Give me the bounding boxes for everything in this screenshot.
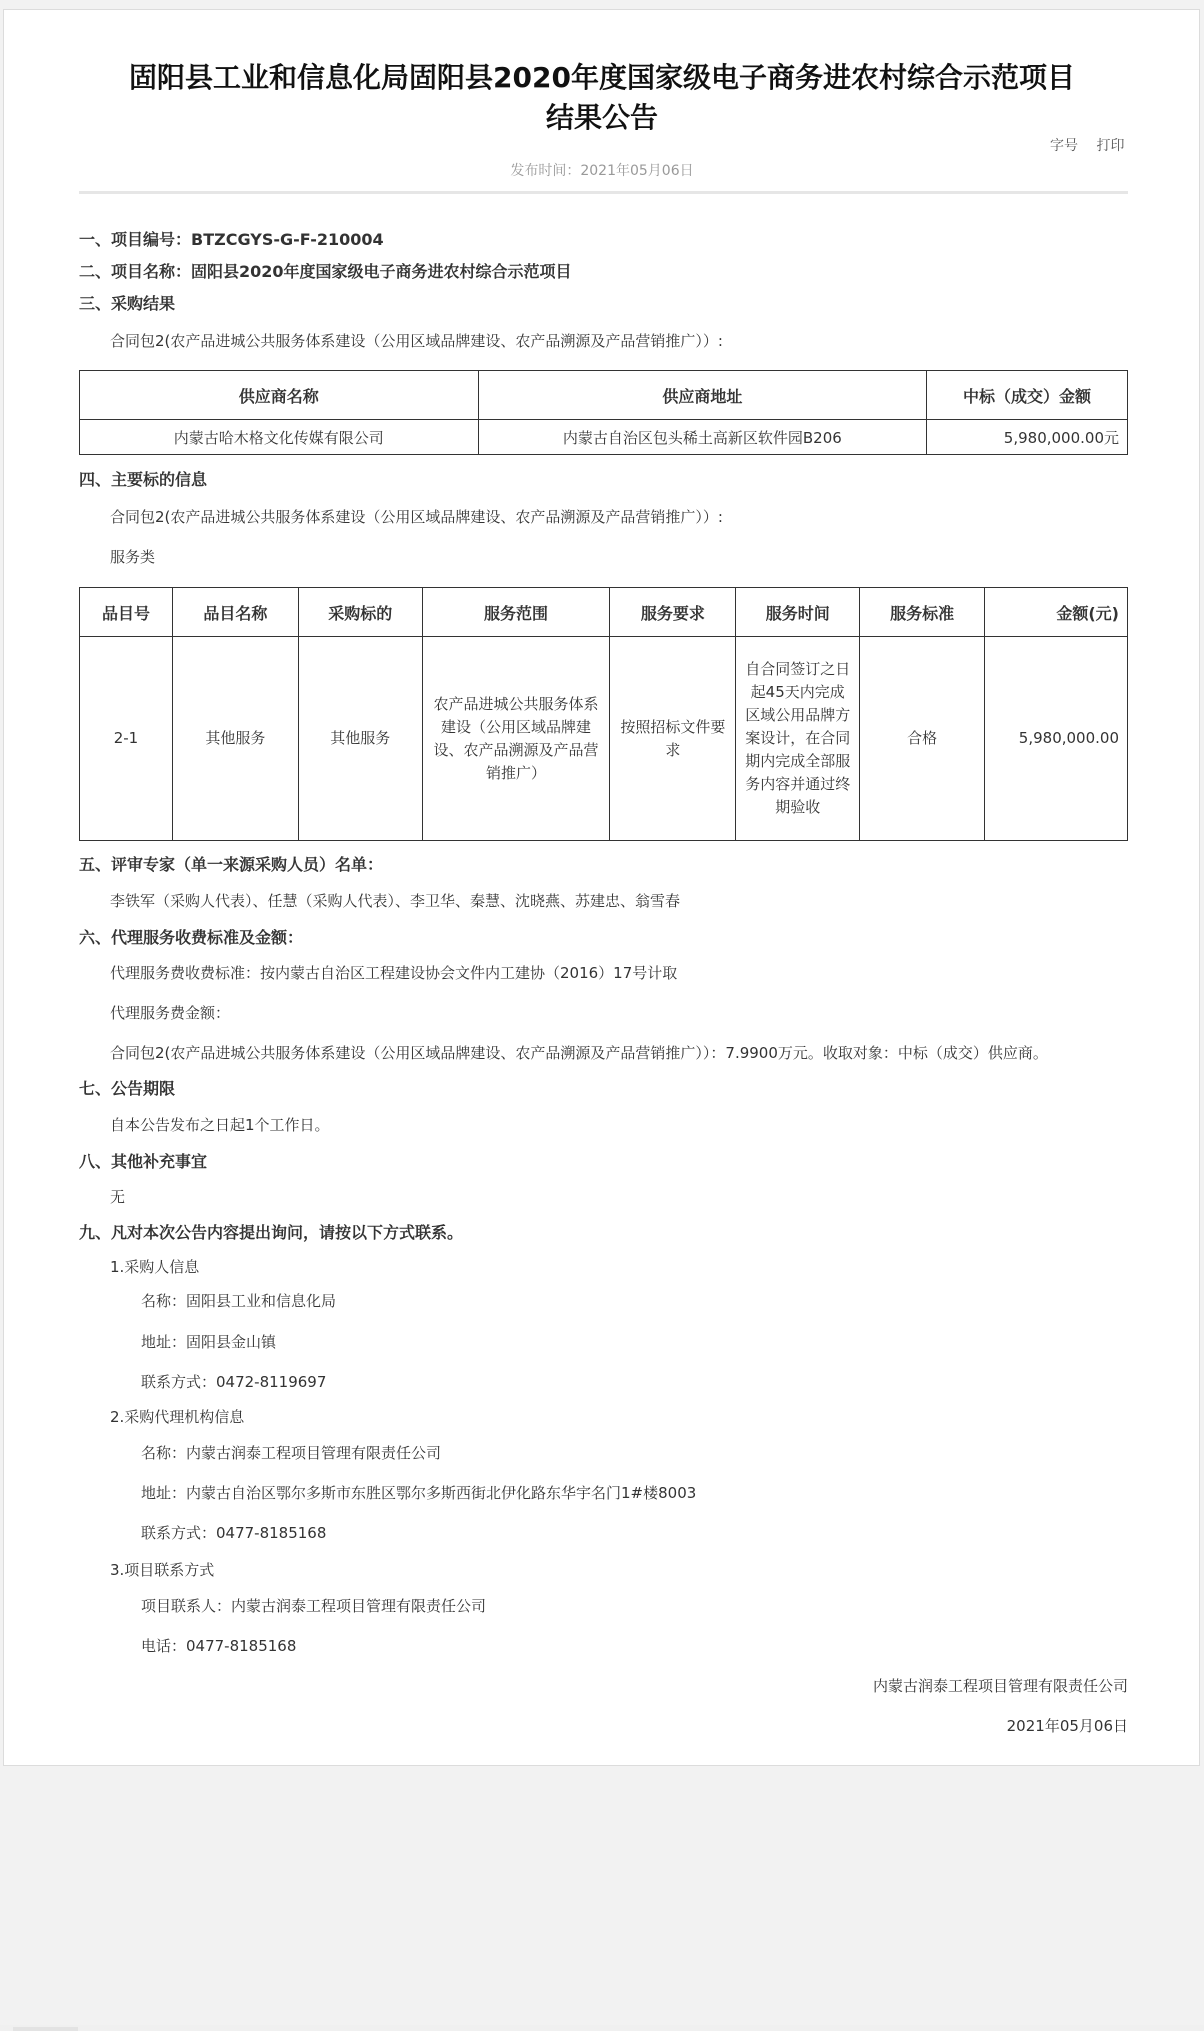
buyer-info-title: 1.采购人信息 — [110, 1256, 199, 1278]
section-procurement-result: 三、采购结果 — [79, 293, 175, 315]
project-contact-phone: 电话：0477-8185168 — [141, 1635, 296, 1657]
cell-supplier-name: 内蒙古哈木格文化传媒有限公司 — [80, 420, 479, 455]
divider — [79, 191, 1128, 194]
agency-contact: 联系方式：0477-8185168 — [141, 1522, 326, 1544]
agency-fee-amount: 合同包2(农产品进城公共服务体系建设（公用区域品牌建设、农产品溯源及产品营销推广… — [110, 1042, 1048, 1064]
header-service-time: 服务时间 — [736, 588, 860, 637]
subject-package-label: 合同包2(农产品进城公共服务体系建设（公用区域品牌建设、农产品溯源及产品营销推广… — [110, 506, 723, 528]
footer-company: 内蒙古润泰工程项目管理有限责任公司 — [873, 1675, 1128, 1697]
cell-service-standard: 合格 — [860, 637, 985, 841]
title-line-2: 结果公告 — [0, 98, 1204, 138]
horizontal-scrollbar[interactable] — [0, 2025, 1204, 2031]
section-agency-fee: 六、代理服务收费标准及金额： — [79, 927, 303, 949]
agency-fee-amount-label: 代理服务费金额： — [110, 1002, 230, 1024]
cell-subject: 其他服务 — [298, 637, 422, 841]
title-line-1: 固阳县工业和信息化局固阳县2020年度国家级电子商务进农村综合示范项目 — [0, 58, 1204, 98]
footer-date: 2021年05月06日 — [1007, 1715, 1128, 1737]
table-row: 2-1 其他服务 其他服务 农产品进城公共服务体系建设（公用区域品牌建设、农产品… — [80, 637, 1128, 841]
result-table: 供应商名称 供应商地址 中标（成交）金额 内蒙古哈木格文化传媒有限公司 内蒙古自… — [79, 370, 1128, 455]
header-item-no: 品目号 — [80, 588, 173, 637]
item-table: 品目号 品目名称 采购标的 服务范围 服务要求 服务时间 服务标准 金额(元) … — [79, 587, 1128, 841]
other-matters-text: 无 — [110, 1186, 125, 1208]
cell-award-amount: 5,980,000.00元 — [927, 420, 1128, 455]
section-project-name: 二、项目名称：固阳县2020年度国家级电子商务进农村综合示范项目 — [79, 261, 572, 283]
agency-info-title: 2.采购代理机构信息 — [110, 1406, 244, 1428]
agency-fee-standard: 代理服务费收费标准：按内蒙古自治区工程建设协会文件内工建协（2016）17号计取 — [110, 962, 677, 984]
section-experts: 五、评审专家（单一来源采购人员）名单： — [79, 854, 383, 876]
section-notice-period: 七、公告期限 — [79, 1078, 175, 1100]
header-service-scope: 服务范围 — [422, 588, 610, 637]
agency-address: 地址：内蒙古自治区鄂尔多斯市东胜区鄂尔多斯西街北伊化路东华宇名门1#楼8003 — [141, 1482, 696, 1504]
cell-item-name: 其他服务 — [172, 637, 298, 841]
project-contact-title: 3.项目联系方式 — [110, 1559, 214, 1581]
scrollbar-thumb[interactable] — [13, 2027, 78, 2031]
section-other-matters: 八、其他补充事宜 — [79, 1151, 207, 1173]
cell-item-no: 2-1 — [80, 637, 173, 841]
header-service-requirement: 服务要求 — [610, 588, 736, 637]
font-size-button[interactable]: 字号 — [1050, 138, 1078, 154]
header-service-standard: 服务标准 — [860, 588, 985, 637]
buyer-name: 名称：固阳县工业和信息化局 — [141, 1290, 336, 1312]
toolbar: 字号 打印 — [1050, 135, 1138, 155]
header-supplier-name: 供应商名称 — [80, 371, 479, 420]
header-amount: 金额(元) — [985, 588, 1128, 637]
notice-period-text: 自本公告发布之日起1个工作日。 — [110, 1114, 330, 1136]
table-header-row: 供应商名称 供应商地址 中标（成交）金额 — [80, 371, 1128, 420]
header-award-amount: 中标（成交）金额 — [927, 371, 1128, 420]
header-supplier-address: 供应商地址 — [478, 371, 927, 420]
page-title: 固阳县工业和信息化局固阳县2020年度国家级电子商务进农村综合示范项目 结果公告 — [0, 58, 1204, 138]
cell-amount: 5,980,000.00 — [985, 637, 1128, 841]
table-header-row: 品目号 品目名称 采购标的 服务范围 服务要求 服务时间 服务标准 金额(元) — [80, 588, 1128, 637]
buyer-address: 地址：固阳县金山镇 — [141, 1331, 276, 1353]
cell-service-time: 自合同签订之日起45天内完成区域公用品牌方案设计，在合同期内完成全部服务内容并通… — [736, 637, 860, 841]
section-main-subject: 四、主要标的信息 — [79, 469, 207, 491]
header-item-name: 品目名称 — [172, 588, 298, 637]
buyer-contact: 联系方式：0472-8119697 — [141, 1371, 326, 1393]
cell-service-requirement: 按照招标文件要求 — [610, 637, 736, 841]
expert-names: 李铁军（采购人代表）、任慧（采购人代表）、李卫华、秦慧、沈晓燕、苏建忠、翁雪春 — [110, 890, 680, 912]
section-contact: 九、凡对本次公告内容提出询问，请按以下方式联系。 — [79, 1222, 463, 1244]
project-contact-person: 项目联系人：内蒙古润泰工程项目管理有限责任公司 — [141, 1595, 486, 1617]
agency-name: 名称：内蒙古润泰工程项目管理有限责任公司 — [141, 1442, 441, 1464]
header-subject: 采购标的 — [298, 588, 422, 637]
print-button[interactable]: 打印 — [1096, 138, 1124, 154]
subject-category: 服务类 — [110, 546, 155, 568]
section-project-number: 一、项目编号：BTZCGYS-G-F-210004 — [79, 229, 384, 251]
publish-date: 发布时间：2021年05月06日 — [0, 160, 1204, 180]
cell-service-scope: 农产品进城公共服务体系建设（公用区域品牌建设、农产品溯源及产品营销推广） — [422, 637, 610, 841]
result-package-label: 合同包2(农产品进城公共服务体系建设（公用区域品牌建设、农产品溯源及产品营销推广… — [110, 330, 723, 352]
table-row: 内蒙古哈木格文化传媒有限公司 内蒙古自治区包头稀土高新区软件园B206 5,98… — [80, 420, 1128, 455]
cell-supplier-address: 内蒙古自治区包头稀土高新区软件园B206 — [478, 420, 927, 455]
